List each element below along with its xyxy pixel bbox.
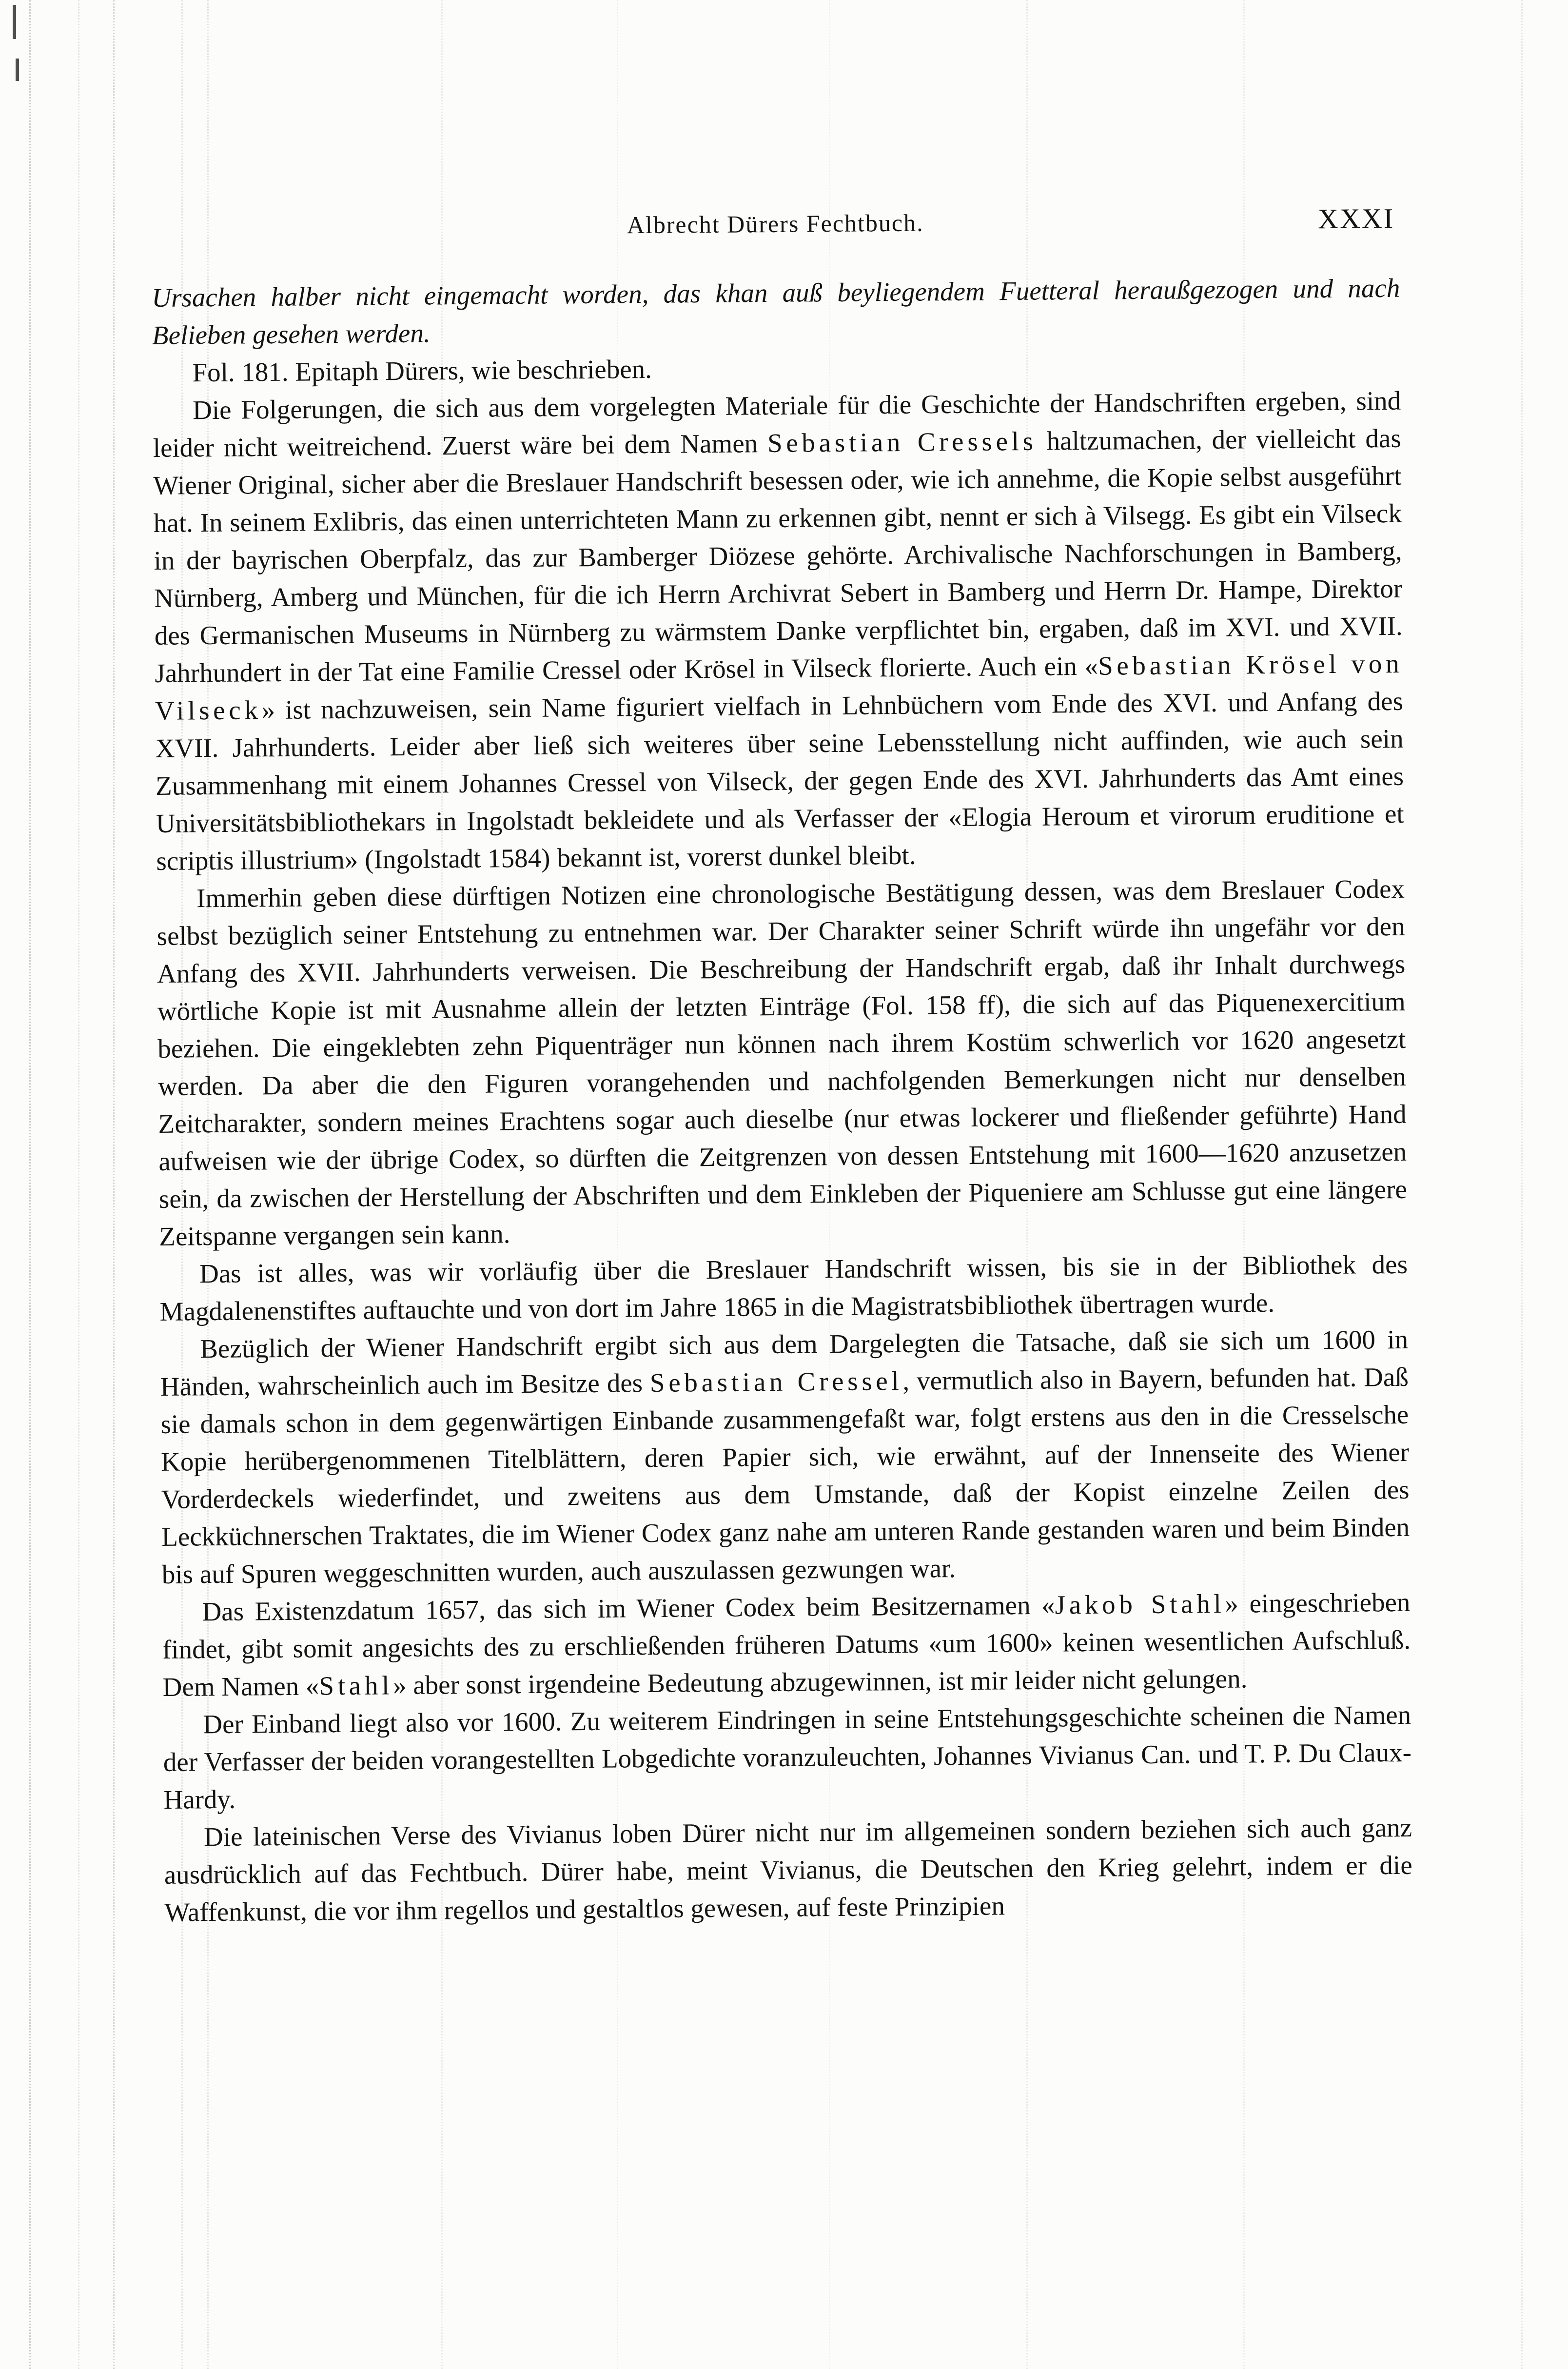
- page-number: XXXI: [1318, 202, 1395, 235]
- paragraph: Bezüglich der Wiener Handschrift ergibt …: [160, 1321, 1410, 1593]
- scan-artifact-line: [1521, 0, 1523, 2369]
- text-run: Der Einband liegt also vor 1600. Zu weit…: [163, 1700, 1411, 1815]
- text-block: Ursachen halber nicht eingemacht worden,…: [152, 269, 1413, 1931]
- spaced-name: Jakob Stahl: [1055, 1589, 1225, 1620]
- paragraph: Das ist alles, was wir vorläufig über di…: [159, 1245, 1408, 1330]
- text-run: Die lateinischen Verse des Vivianus lobe…: [164, 1813, 1412, 1927]
- text-run: Das ist alles, was wir vorläufig über di…: [159, 1249, 1408, 1326]
- scan-artifact-line: [29, 0, 31, 2369]
- text-run: haltzumachen, der vielleicht das Wiener …: [153, 423, 1403, 688]
- paragraph: Das Existenzdatum 1657, das sich im Wien…: [162, 1583, 1411, 1706]
- scan-artifact-mark: [13, 5, 16, 39]
- scanned-book-page: { "colors": { "paper": "#fcfcfa", "ink":…: [0, 0, 1568, 2369]
- paragraph: Der Einband liegt also vor 1600. Zu weit…: [163, 1696, 1412, 1818]
- paragraph: Die Folgerungen, die sich aus dem vorgel…: [153, 382, 1405, 880]
- spaced-name: Stahl: [319, 1670, 393, 1700]
- spaced-name: Sebastian Cressel: [650, 1366, 903, 1398]
- scan-artifact-mark: [16, 59, 19, 81]
- text-run: Immerhin geben diese dürftigen Notizen e…: [157, 874, 1407, 1251]
- text-run: Das Existenzdatum 1657, das sich im Wien…: [202, 1590, 1055, 1627]
- running-title: Albrecht Dürers Fechtbuch.: [151, 205, 1399, 243]
- spaced-name: Sebastian Cressels: [767, 426, 1037, 458]
- page-content: Albrecht Dürers Fechtbuch. XXXI Ursachen…: [151, 205, 1413, 1931]
- text-run: Ursachen halber nicht eingemacht worden,…: [152, 273, 1400, 350]
- text-run: » ist nachzuweisen, sein Name figuriert …: [155, 686, 1404, 876]
- paragraph: Die lateinischen Verse des Vivianus lobe…: [164, 1809, 1413, 1931]
- text-run: Fol. 181. Epitaph Dürers, wie beschriebe…: [192, 354, 652, 387]
- scan-artifact-line: [113, 0, 115, 2369]
- text-run: » aber sonst irgendeine Bedeutung abzuge…: [393, 1663, 1248, 1700]
- page-header: Albrecht Dürers Fechtbuch. XXXI: [151, 205, 1400, 254]
- paragraph: Ursachen halber nicht eingemacht worden,…: [152, 269, 1400, 354]
- paragraph: Immerhin geben diese dürftigen Notizen e…: [157, 870, 1408, 1255]
- scan-artifact-line: [78, 0, 79, 2369]
